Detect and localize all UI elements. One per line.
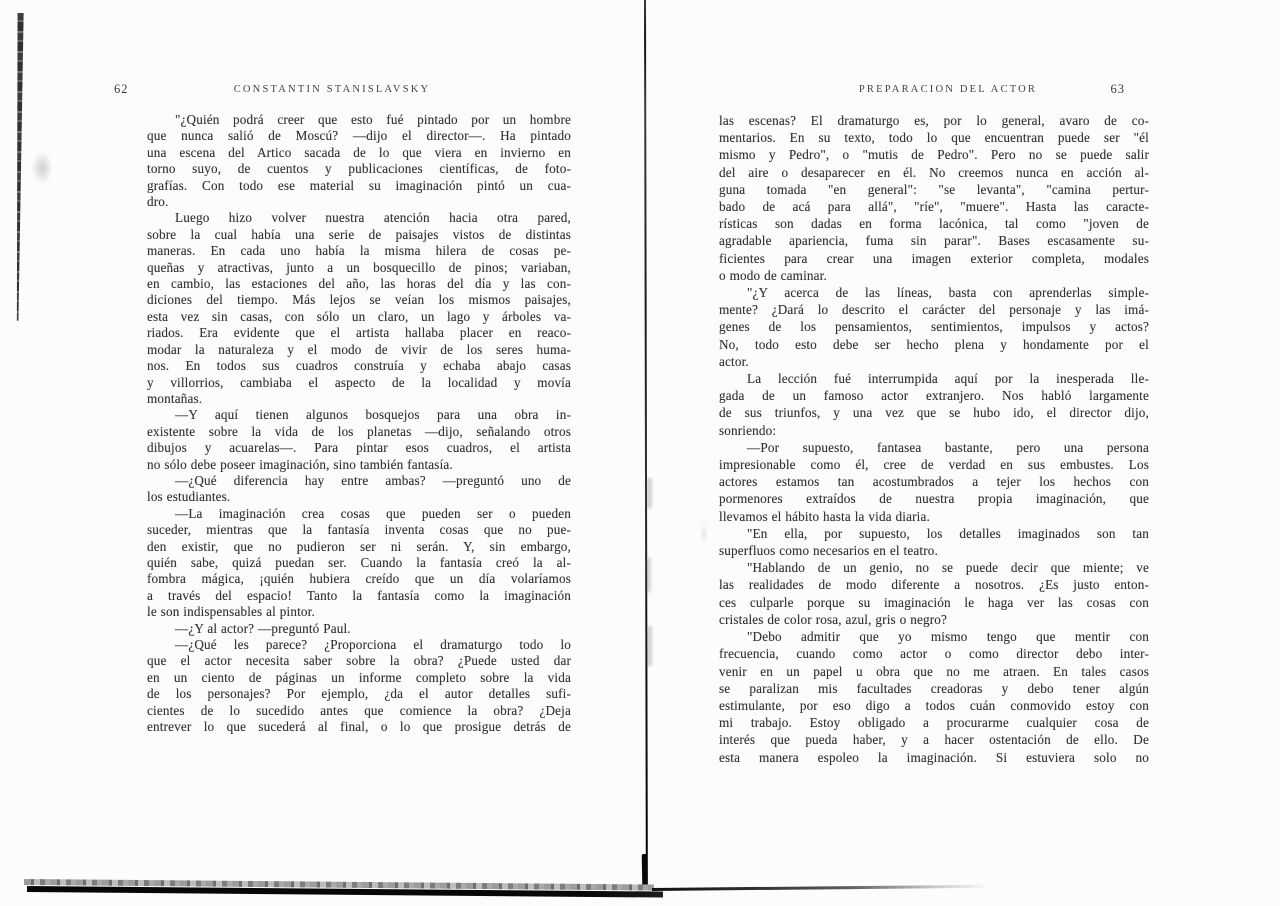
text-line: se paralizan mis facultades creadoras y … [719, 680, 1149, 697]
running-header: CONSTANTIN STANISLAVSKY [234, 84, 431, 95]
text-line: actores estamos tan acostumbrados a teje… [719, 473, 1149, 490]
text-line: den existir, que no pudieron ser ni será… [147, 539, 571, 555]
text-line: "¿Y acerca de las líneas, basta con apre… [719, 284, 1149, 301]
paragraph: —¿Y al actor? —preguntó Paul. [147, 621, 571, 637]
text-line: No, todo esto debe ser hecho plena y hon… [719, 336, 1149, 353]
scan-smudge [647, 478, 652, 508]
page-header: 63 PREPARACION DEL ACTOR [719, 84, 1149, 97]
text-line: cristales de color rosa, azul, gris o ne… [719, 611, 1149, 628]
text-line: quién sabe, quizá puedan ser. Cuando la … [147, 555, 571, 571]
page-bottom-edge [24, 879, 654, 890]
text-line: bado de acá para allá", "ríe", "muere". … [719, 198, 1149, 215]
page-bottom-edge-shadow [27, 886, 663, 898]
paragraph: las escenas? El dramaturgo es, por lo ge… [719, 112, 1149, 284]
scan-smudge [647, 626, 652, 666]
text-line: una escena del Artico sacada de lo que v… [147, 145, 571, 161]
page-63: 63 PREPARACION DEL ACTOR las escenas? El… [719, 84, 1149, 766]
text-line: agradable apariencia, fuma sin parar". B… [719, 232, 1149, 249]
book-scan: 62 CONSTANTIN STANISLAVSKY "¿Quién podrá… [0, 0, 1280, 906]
text-line: le son indispensables al pintor. [147, 604, 571, 620]
text-line: La lección fué interrumpida aquí por la … [719, 370, 1149, 387]
text-line: ficientes para crear una imagen exterior… [719, 250, 1149, 267]
text-line: del aire o desaparecer en él. No creemos… [719, 164, 1149, 181]
text-line: sonriendo: [719, 422, 1149, 439]
text-line: fombra mágica, ¡quién hubiera creído que… [147, 571, 571, 587]
book-spine-foot [642, 854, 648, 888]
text-line: riados. Era evidente que el artista hall… [147, 325, 571, 341]
paragraph: "Debo admitir que yo mismo tengo que men… [719, 628, 1149, 766]
text-line: en un ciento de páginas un informe compl… [147, 670, 571, 686]
text-line: "Debo admitir que yo mismo tengo que men… [719, 628, 1149, 645]
page-62: 62 CONSTANTIN STANISLAVSKY "¿Quién podrá… [147, 84, 571, 735]
paragraph: "Hablando de un genio, no se puede decir… [719, 559, 1149, 628]
paragraph: —La imaginación crea cosas que pueden se… [147, 506, 571, 621]
text-line: las escenas? El dramaturgo es, por lo ge… [719, 112, 1149, 129]
text-line: no sólo debe poseer imaginación, sino ta… [147, 457, 571, 473]
text-line: llevamos el hábito hasta la vida diaria. [719, 508, 1149, 525]
text-line: sobre la cual había una serie de paisaje… [147, 227, 571, 243]
text-line: frecuencia, cuando como actor o como dir… [719, 645, 1149, 662]
page-edge-artifact [13, 13, 24, 321]
text-line: en cambio, las estaciones del año, las h… [147, 276, 571, 292]
text-line: genes de los pensamientos, sentimientos,… [719, 318, 1149, 335]
text-line: —¿Y al actor? —preguntó Paul. [147, 621, 571, 637]
text-line: —¿Qué les parece? ¿Proporciona el dramat… [147, 637, 571, 653]
text-line: interés que pueda haber, y a hacer osten… [719, 731, 1149, 748]
text-line: que el actor necesita saber sobre la obr… [147, 653, 571, 669]
text-line: los estudiantes. [147, 489, 571, 505]
paragraph: "¿Y acerca de las líneas, basta con apre… [719, 284, 1149, 370]
page-bottom-edge-right [652, 885, 990, 891]
scan-smudge [646, 558, 651, 592]
text-line: de sus triunfos, y una vez que se hubo i… [719, 404, 1149, 421]
text-line: superfluos como necesarios en el teatro. [719, 542, 1149, 559]
text-line: montañas. [147, 391, 571, 407]
text-line: "¿Quién podrá creer que esto fué pintado… [147, 112, 571, 128]
text-line: grafías. Con todo ese material su imagin… [147, 178, 571, 194]
scan-smudge [699, 520, 709, 548]
text-line: entrever lo que sucederá al final, o lo … [147, 719, 571, 735]
paragraph: "¿Quién podrá creer que esto fué pintado… [147, 112, 571, 210]
text-line: las realidades de modo diferente a nosot… [719, 576, 1149, 593]
text-line: venir en un papel u obra que no me atrae… [719, 663, 1149, 680]
text-line: a través del espacio! Tanto la fantasía … [147, 588, 571, 604]
text-line: mi trabajo. Estoy obligado a procurarme … [719, 714, 1149, 731]
text-line: existente sobre la vida de los planetas … [147, 424, 571, 440]
running-header: PREPARACION DEL ACTOR [859, 84, 1037, 95]
text-line: esta manera espoleo la imaginación. Si e… [719, 749, 1149, 766]
paragraph: La lección fué interrumpida aquí por la … [719, 370, 1149, 439]
text-line: actor. [719, 353, 1149, 370]
paragraph: —Por supuesto, fantasea bastante, pero u… [719, 439, 1149, 525]
text-line: —La imaginación crea cosas que pueden se… [147, 506, 571, 522]
text-line: dro. [147, 194, 571, 210]
text-line: nos. En todos sus cuadros construía y ec… [147, 358, 571, 374]
text-line: "En ella, por supuesto, los detalles ima… [719, 525, 1149, 542]
text-line: —¿Qué diferencia hay entre ambas? —pregu… [147, 473, 571, 489]
page-number: 62 [114, 82, 129, 97]
page-body: las escenas? El dramaturgo es, por lo ge… [719, 112, 1149, 766]
text-line: guna tomada "en general": "se levanta", … [719, 181, 1149, 198]
text-line: suceder, mientras que la fantasía invent… [147, 522, 571, 538]
paragraph: —¿Qué diferencia hay entre ambas? —pregu… [147, 473, 571, 506]
text-line: mente? ¿Dará lo descrito el carácter del… [719, 301, 1149, 318]
text-line: —Por supuesto, fantasea bastante, pero u… [719, 439, 1149, 456]
text-line: pormenores extraídos de nuestra propia i… [719, 490, 1149, 507]
text-line: modar la naturaleza y el modo de vivir d… [147, 342, 571, 358]
paragraph: —¿Qué les parece? ¿Proporciona el dramat… [147, 637, 571, 735]
text-line: cientes de lo sucedido antes que comienc… [147, 703, 571, 719]
page-header: 62 CONSTANTIN STANISLAVSKY [147, 84, 571, 97]
text-line: impresionable como él, cree de verdad en… [719, 456, 1149, 473]
text-line: torno suyo, de cuentos y publicaciones c… [147, 161, 571, 177]
text-line: o modo de caminar. [719, 267, 1149, 284]
text-line: Luego hizo volver nuestra atención hacia… [147, 210, 571, 226]
text-line: "Hablando de un genio, no se puede decir… [719, 559, 1149, 576]
text-line: mentarios. En su texto, todo lo que encu… [719, 129, 1149, 146]
text-line: mismo y Pedro", o "mutis de Pedro". Pero… [719, 146, 1149, 163]
text-line: y villorrios, cambiaba el aspecto de la … [147, 375, 571, 391]
paragraph: Luego hizo volver nuestra atención hacia… [147, 210, 571, 407]
text-line: estimulante, por eso digo a todos cuán c… [719, 697, 1149, 714]
page-number: 63 [1111, 82, 1126, 97]
text-line: de los personajes? Por ejemplo, ¿da el a… [147, 686, 571, 702]
scan-smudge [27, 146, 57, 190]
paragraph: "En ella, por supuesto, los detalles ima… [719, 525, 1149, 559]
text-line: que nunca salió de Moscú? —dijo el direc… [147, 128, 571, 144]
page-body: "¿Quién podrá creer que esto fué pintado… [147, 112, 571, 735]
paragraph: —Y aquí tienen algunos bosquejos para un… [147, 407, 571, 473]
book-spine-line [644, 0, 648, 886]
text-line: esta vez sin casas, con sólo un claro, u… [147, 309, 571, 325]
text-line: ces culparle porque su imaginación le ha… [719, 594, 1149, 611]
text-line: rísticas son dadas en forma lacónica, ta… [719, 215, 1149, 232]
text-line: —Y aquí tienen algunos bosquejos para un… [147, 407, 571, 423]
text-line: maneras. En cada uno había la misma hile… [147, 243, 571, 259]
text-line: diciones del tiempo. Más lejos se veían … [147, 292, 571, 308]
text-line: dibujos y acuarelas—. Para pintar esos c… [147, 440, 571, 456]
text-line: queñas y atractivas, junto a un bosqueci… [147, 260, 571, 276]
text-line: gada de un famoso actor extranjero. Nos … [719, 387, 1149, 404]
